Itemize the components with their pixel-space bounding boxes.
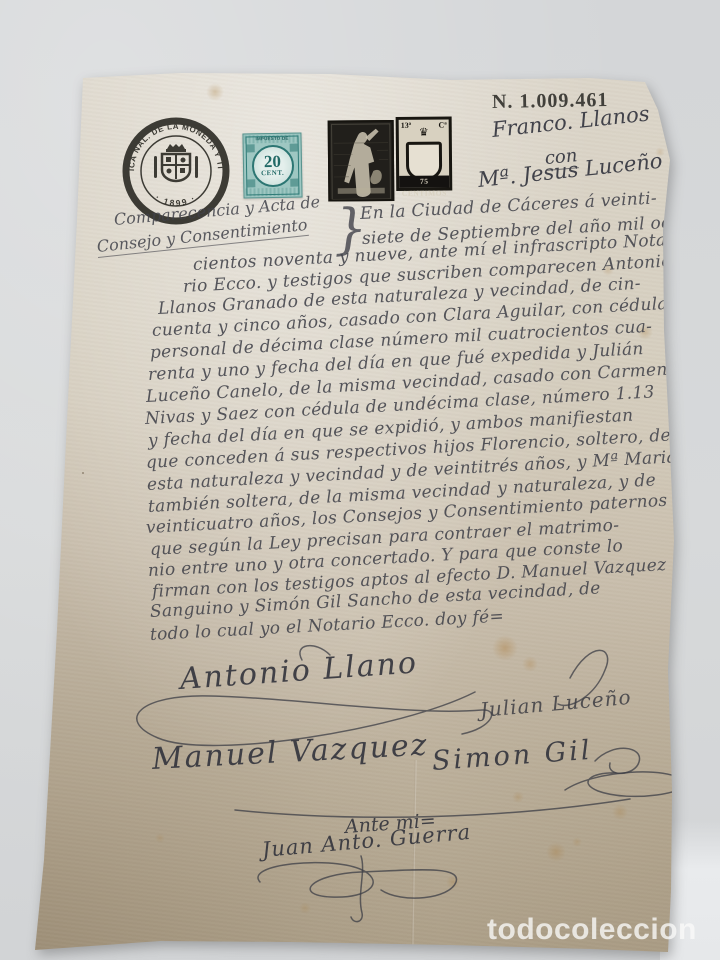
fiscal-stamp-shield-panel: 13ª Cª ♛ 75 CENTIMOS bbox=[396, 116, 453, 190]
fiscal-value-band: 75 CENTIMOS bbox=[399, 175, 449, 187]
blank-shield bbox=[406, 142, 442, 180]
document-paper: FABRICA NAL. DE LA MONEDA Y TIMBRE · 189… bbox=[30, 70, 680, 960]
stamp-top-text: IMPUESTO DE GUERRA bbox=[244, 135, 299, 144]
fiscal-class-left: 13ª bbox=[401, 121, 411, 130]
fiscal-stamp: 13ª Cª ♛ 75 CENTIMOS bbox=[328, 116, 453, 201]
stamp-value: 20 bbox=[264, 154, 281, 169]
watermark: todocoleccion bbox=[487, 913, 697, 947]
allegory-engraving bbox=[328, 120, 395, 202]
paper-sheet: FABRICA NAL. DE LA MONEDA Y TIMBRE · 189… bbox=[30, 70, 680, 960]
photo-background: FABRICA NAL. DE LA MONEDA Y TIMBRE · 189… bbox=[0, 0, 720, 960]
crown-icon: ♛ bbox=[419, 128, 429, 139]
coat-of-arms bbox=[154, 144, 198, 181]
stamp-unit: CENT. bbox=[261, 169, 284, 177]
paper-speck bbox=[82, 472, 84, 474]
war-tax-stamp: IMPUESTO DE GUERRA 20 CENT. bbox=[242, 132, 302, 198]
fiscal-class-right: Cª bbox=[438, 121, 446, 130]
